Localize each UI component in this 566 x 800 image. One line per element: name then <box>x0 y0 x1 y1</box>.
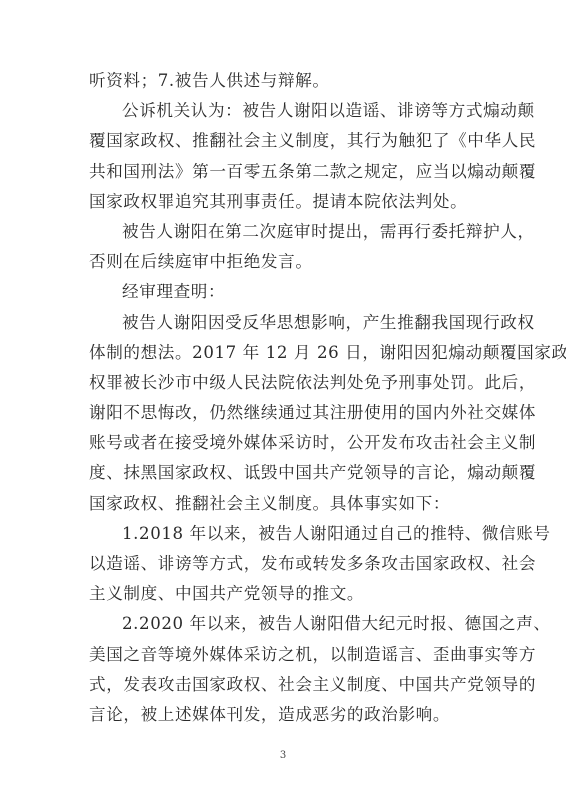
list-item-1: 1.2018 年以来，被告人谢阳通过自己的推特、微信账号 <box>89 519 489 549</box>
text-line: 国家政权罪追究其刑事责任。提请本院依法判处。 <box>89 187 489 217</box>
text-line: 公诉机关认为：被告人谢阳以造谣、诽谤等方式煽动颠 <box>89 96 489 126</box>
text-line: 言论，被上述媒体刊发，造成恶劣的政治影响。 <box>89 700 489 730</box>
text-line: 主义制度、中国共产党领导的推文。 <box>89 579 489 609</box>
text-line: 体制的想法。2017 年 12 月 26 日，谢阳因犯煽动颠覆国家政 <box>89 338 489 368</box>
text-line: 以造谣、诽谤等方式，发布或转发多条攻击国家政权、社会 <box>89 549 489 579</box>
text-line: 国家政权、推翻社会主义制度。具体事实如下： <box>89 489 489 519</box>
text-line: 度、抹黑国家政权、诋毁中国共产党领导的言论，煽动颠覆 <box>89 458 489 488</box>
document-body: 听资料；7.被告人供述与辩解。 公诉机关认为：被告人谢阳以造谣、诽谤等方式煽动颠… <box>89 66 489 730</box>
text-line: 被告人谢阳因受反华思想影响，产生推翻我国现行政权 <box>89 308 489 338</box>
page-number: 3 <box>0 750 566 761</box>
text-line: 听资料；7.被告人供述与辩解。 <box>89 66 489 96</box>
text-line: 被告人谢阳在第二次庭审时提出，需再行委托辩护人， <box>89 217 489 247</box>
text-line: 共和国刑法》第一百零五条第二款之规定，应当以煽动颠覆 <box>89 157 489 187</box>
text-line: 美国之音等境外媒体采访之机，以制造谣言、歪曲事实等方 <box>89 640 489 670</box>
text-line: 否则在后续庭审中拒绝发言。 <box>89 247 489 277</box>
text-line: 谢阳不思悔改，仍然继续通过其注册使用的国内外社交媒体 <box>89 398 489 428</box>
text-line: 账号或者在接受境外媒体采访时，公开发布攻击社会主义制 <box>89 428 489 458</box>
list-item-2: 2.2020 年以来，被告人谢阳借大纪元时报、德国之声、 <box>89 609 489 639</box>
section-heading: 经审理查明： <box>89 277 489 307</box>
text-line: 式，发表攻击国家政权、社会主义制度、中国共产党领导的 <box>89 670 489 700</box>
text-line: 权罪被长沙市中级人民法院依法判处免予刑事处罚。此后， <box>89 368 489 398</box>
text-line: 覆国家政权、推翻社会主义制度，其行为触犯了《中华人民 <box>89 126 489 156</box>
